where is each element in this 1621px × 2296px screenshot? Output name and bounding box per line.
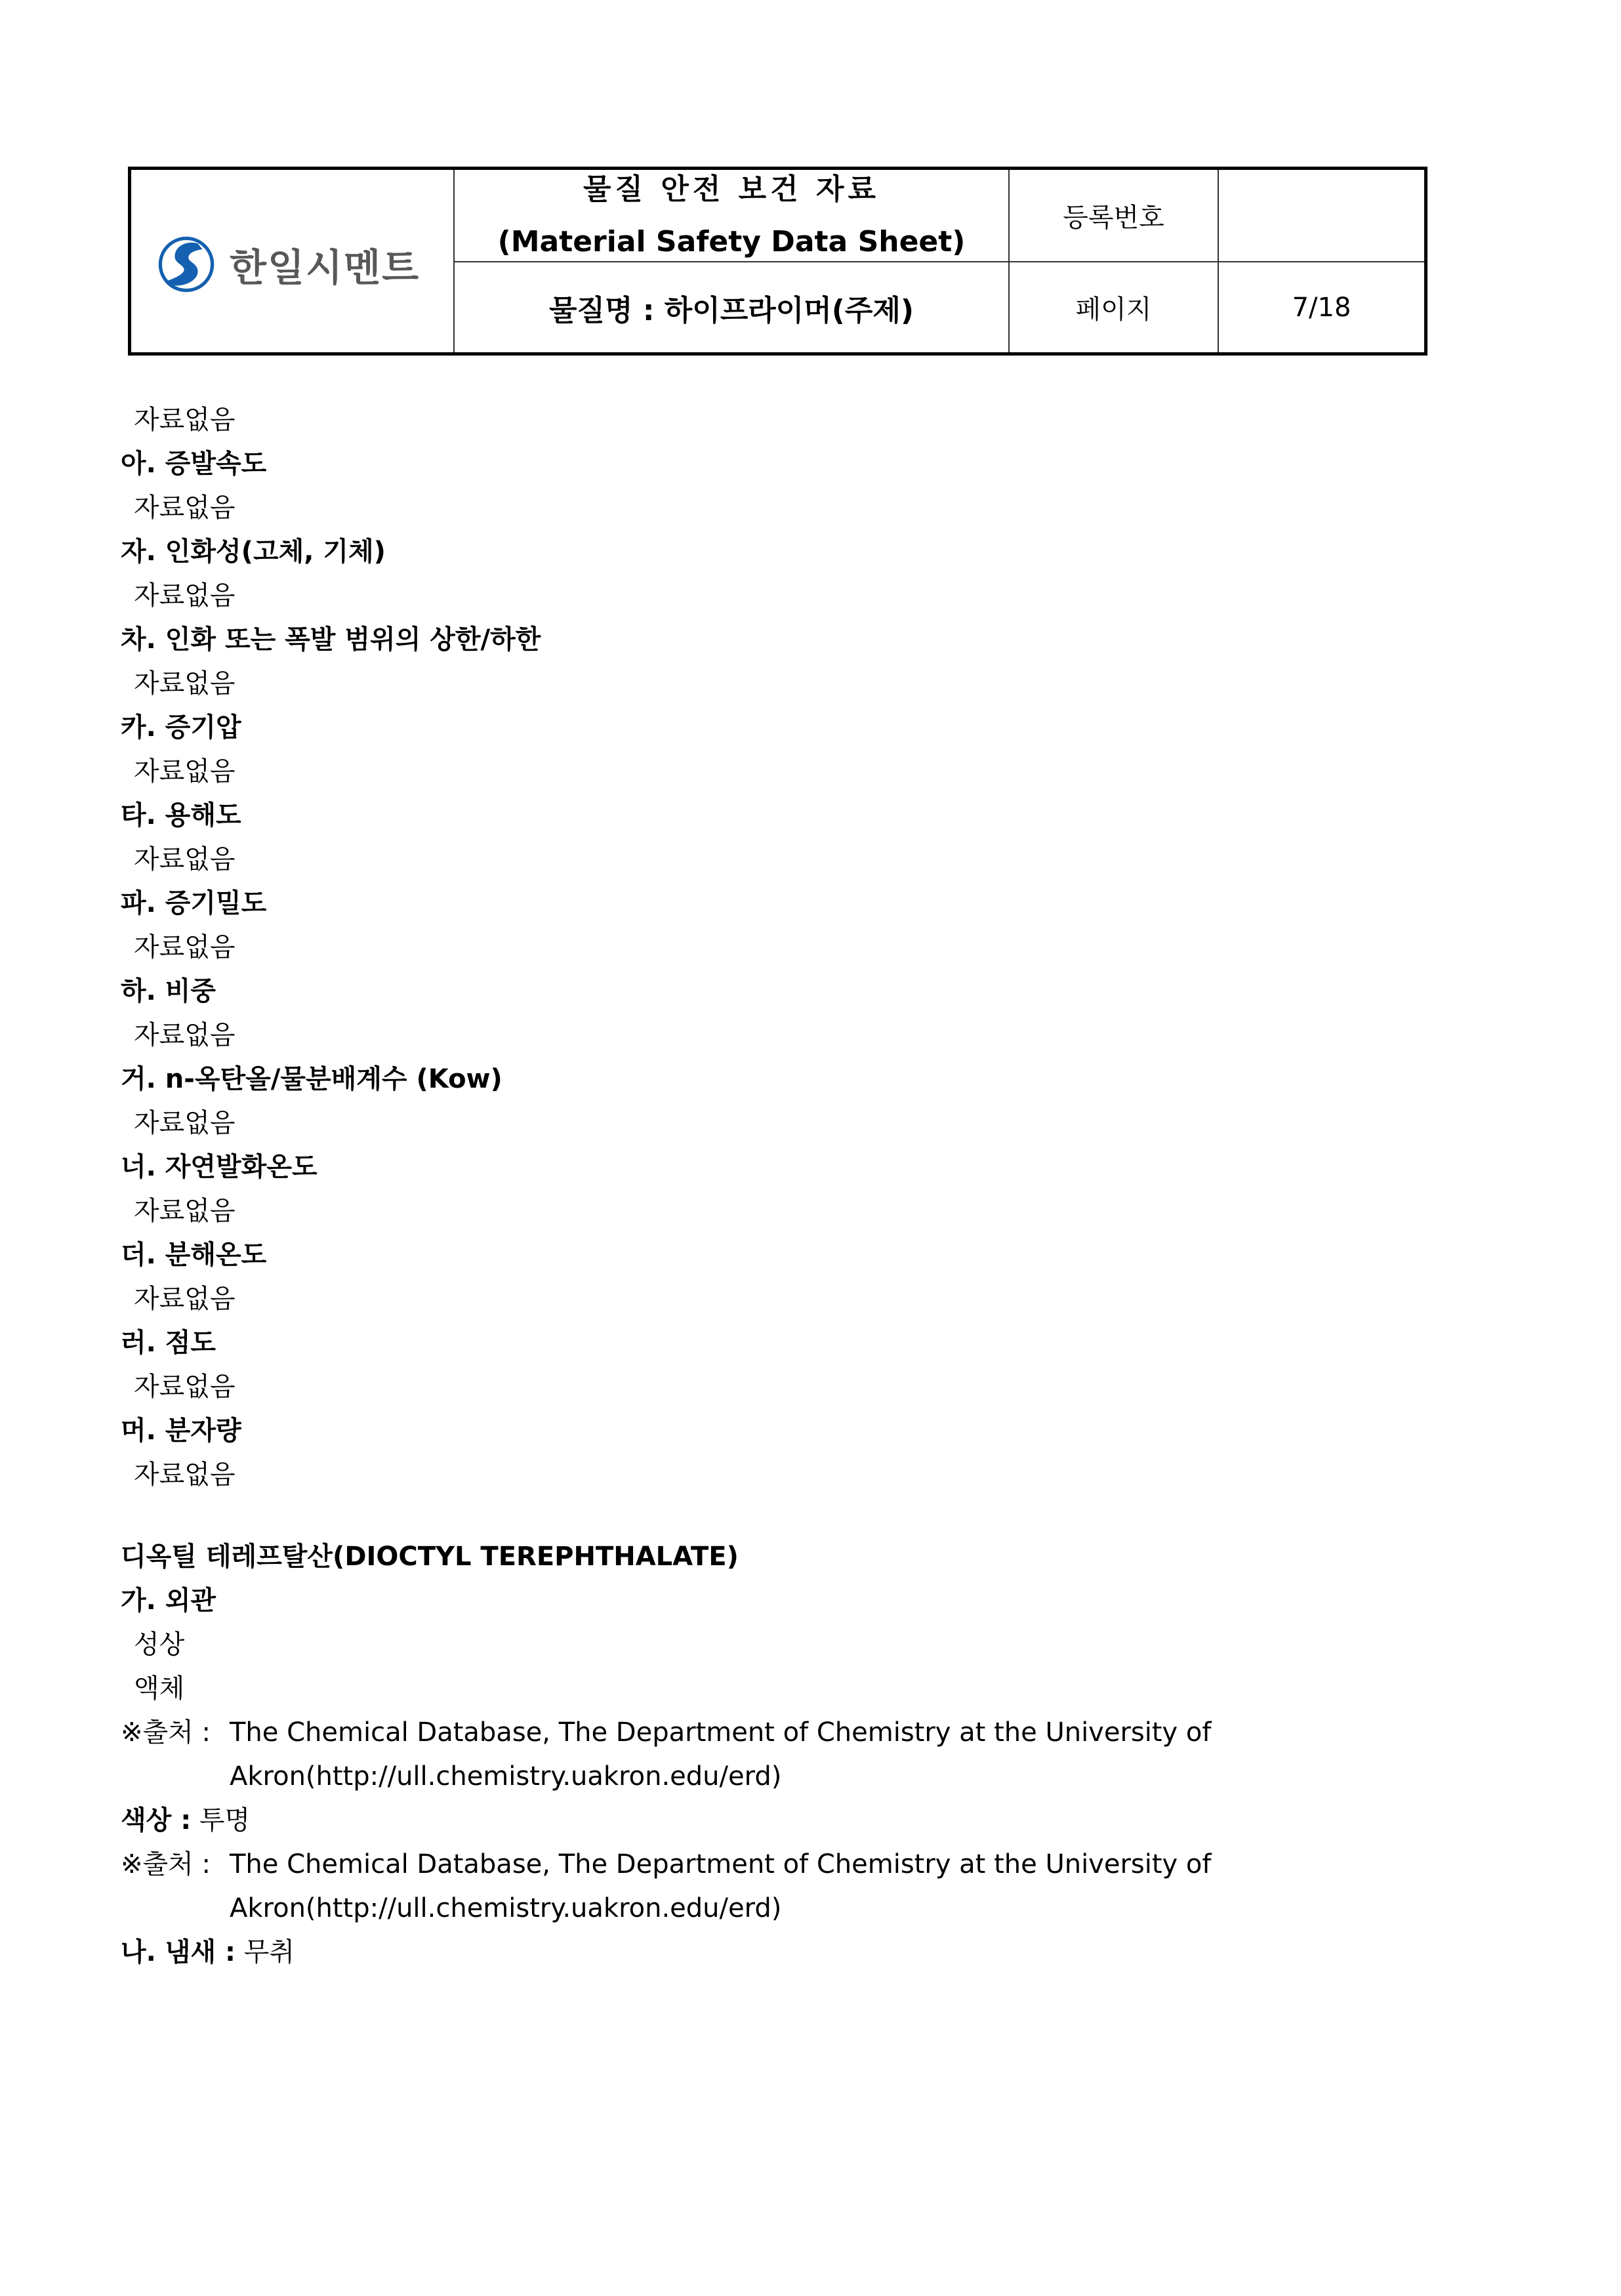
property-heading: 거. n-옥탄올/물분배계수 (Kow) (121, 1057, 503, 1101)
source-label: ※출처 : (121, 1711, 230, 1755)
property-heading: 파. 증기밀도 (121, 882, 266, 926)
odor-value: 무취 (236, 1937, 295, 1967)
company-logo-mark-icon (157, 236, 215, 293)
property-heading: 카. 증기압 (121, 706, 241, 750)
title-korean: 물질 안전 보건 자료 (583, 163, 880, 216)
property-value: 자료없음 (134, 574, 236, 618)
property-value: 자료없음 (134, 1014, 236, 1057)
property-value: 자료없음 (134, 1277, 236, 1321)
property-value: 자료없음 (134, 750, 236, 794)
property-value: 자료없음 (134, 926, 236, 970)
property-heading: 타. 용해도 (121, 794, 241, 838)
color-row: 색상 : 투명 (121, 1799, 250, 1843)
property-heading: 하. 비중 (121, 970, 216, 1014)
page-label: 페이지 (1010, 262, 1218, 352)
property-value: 자료없음 (134, 662, 236, 706)
source-text: The Chemical Database, The Department of… (230, 1711, 1194, 1755)
property-heading: 자. 인화성(고체, 기체) (121, 530, 386, 574)
document-header-table: 한일시멘트 물질 안전 보건 자료 (Material Safety Data … (128, 167, 1427, 356)
form-value: 액체 (134, 1667, 184, 1711)
appearance-heading: 가. 외관 (121, 1579, 216, 1623)
source-url-line: Akron(http://ull.chemistry.uakron.edu/er… (230, 1755, 781, 1799)
property-heading: 차. 인화 또는 폭발 범위의 상한/하한 (121, 618, 541, 662)
page-number: 7/18 (1219, 262, 1424, 352)
source-label: ※출처 : (121, 1843, 230, 1887)
color-value: 투명 (191, 1805, 250, 1835)
source-note: ※출처 :The Chemical Database, The Departme… (121, 1711, 1194, 1755)
property-heading: 머. 분자량 (121, 1409, 241, 1453)
odor-key: 나. 냄새 : (121, 1937, 236, 1967)
property-heading: 러. 점도 (121, 1321, 216, 1365)
property-value: 자료없음 (134, 1453, 236, 1497)
odor-row: 나. 냄새 : 무취 (121, 1931, 295, 1975)
company-logo: 한일시멘트 (157, 235, 420, 294)
property-value: 자료없음 (134, 1101, 236, 1145)
property-value: 자료없음 (134, 486, 236, 530)
document-title: 물질 안전 보건 자료 (Material Safety Data Sheet) (455, 170, 1008, 261)
form-label: 성상 (134, 1623, 184, 1667)
product-name: 물질명 : 하이프라이머(주제) (455, 262, 1008, 352)
registration-number-label: 등록번호 (1010, 170, 1218, 261)
source-text: The Chemical Database, The Department of… (230, 1843, 1194, 1887)
property-heading: 너. 자연발화온도 (121, 1145, 318, 1189)
substance-section-title: 디옥틸 테레프탈산(DIOCTYL TEREPHTHALATE) (121, 1535, 739, 1579)
property-value: 자료없음 (134, 1189, 236, 1233)
registration-number-value (1219, 170, 1424, 261)
property-value: 자료없음 (134, 1365, 236, 1409)
source-url-line: Akron(http://ull.chemistry.uakron.edu/er… (230, 1887, 781, 1931)
property-heading: 아. 증발속도 (121, 442, 266, 486)
company-name: 한일시멘트 (230, 237, 420, 292)
property-value: 자료없음 (134, 398, 236, 442)
source-note: ※출처 :The Chemical Database, The Departme… (121, 1843, 1194, 1887)
color-key: 색상 : (121, 1805, 191, 1835)
property-value: 자료없음 (134, 838, 236, 882)
property-heading: 더. 분해온도 (121, 1233, 266, 1277)
title-english: (Material Safety Data Sheet) (498, 216, 966, 268)
